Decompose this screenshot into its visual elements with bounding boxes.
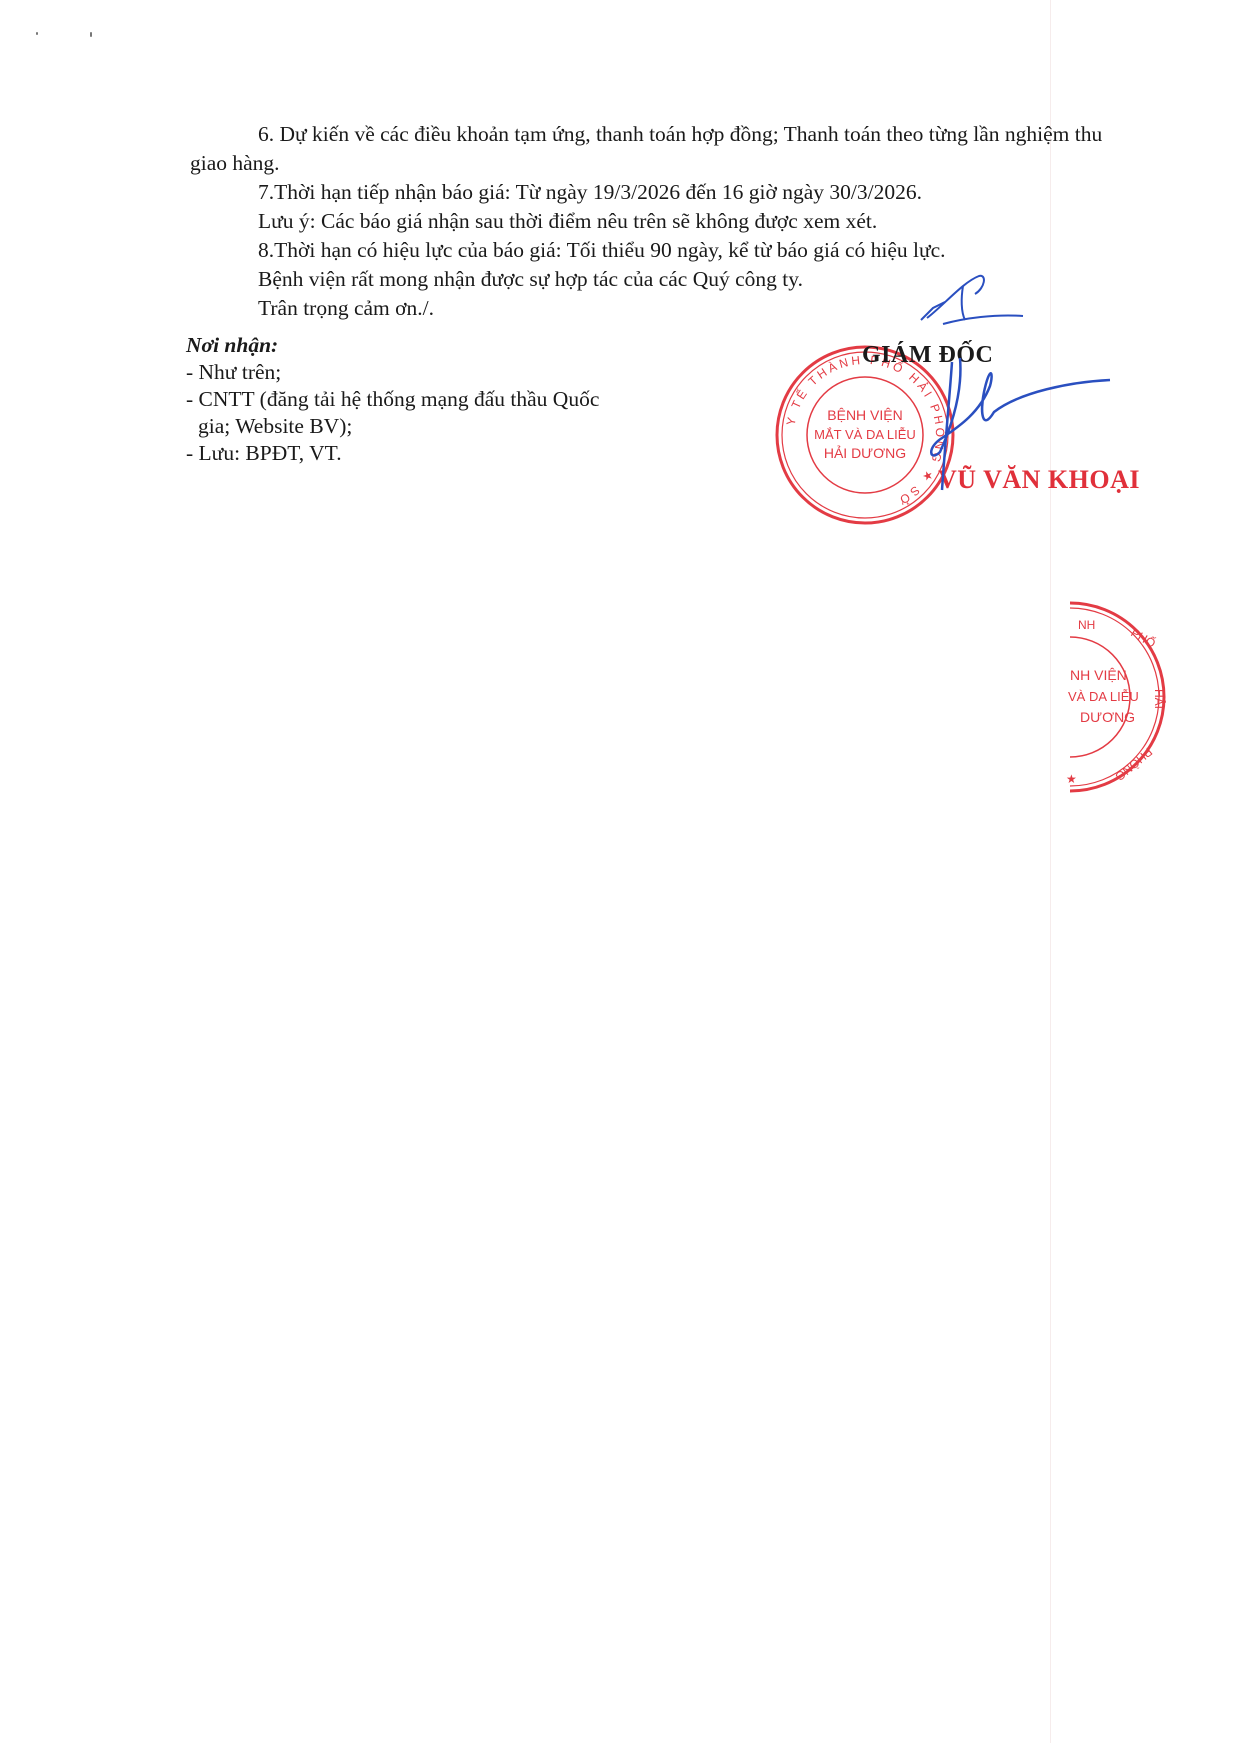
svg-text:★: ★ <box>1066 772 1077 786</box>
stamp-line: HẢI DƯƠNG <box>824 445 906 461</box>
recipient-item: - Lưu: BPĐT, VT. <box>186 440 746 467</box>
recipient-item: - CNTT (đăng tải hệ thống mạng đấu thầu … <box>186 386 746 413</box>
recipients-label: Nơi nhận: <box>186 332 746 359</box>
svg-text:VÀ DA LIỄU: VÀ DA LIỄU <box>1068 689 1139 704</box>
director-signature <box>920 352 1120 492</box>
paragraph-note: Lưu ý: Các báo giá nhận sau thời điểm nê… <box>190 207 1130 236</box>
signature-block: GIÁM ĐỐC Y TẾ THÀNH PHỐ HẢI PHÒNG ★ SỞ B… <box>770 330 1190 560</box>
svg-text:NH VIỆN: NH VIỆN <box>1070 667 1127 683</box>
document-page: 6. Dự kiến về các điều khoản tạm ứng, th… <box>0 0 1241 1743</box>
paragraph-item-8: 8.Thời hạn có hiệu lực của báo giá: Tối … <box>190 236 1130 265</box>
stamp-line: BỆNH VIỆN <box>827 407 902 423</box>
svg-text:PHÒNG: PHÒNG <box>1112 745 1155 785</box>
stamp-line: MẮT VÀ DA LIỄU <box>814 427 916 442</box>
paragraph-item-7: 7.Thời hạn tiếp nhận báo giá: Từ ngày 19… <box>190 178 1130 207</box>
initial-signature <box>915 268 1025 328</box>
recipient-item: gia; Website BV); <box>186 413 746 440</box>
recipients-block: Nơi nhận: - Như trên; - CNTT (đăng tải h… <box>186 332 746 467</box>
svg-text:DƯƠNG: DƯƠNG <box>1080 709 1135 725</box>
svg-text:NH: NH <box>1078 618 1095 632</box>
scan-specks <box>34 28 94 44</box>
svg-text:HẢI: HẢI <box>1152 689 1167 709</box>
partial-stamp: NH PHỐ HẢI PHÒNG ★ NH VIỆN VÀ DA LIỄU DƯ… <box>1000 595 1241 805</box>
recipient-item: - Như trên; <box>186 359 746 386</box>
paragraph-item-6: 6. Dự kiến về các điều khoản tạm ứng, th… <box>190 120 1130 178</box>
